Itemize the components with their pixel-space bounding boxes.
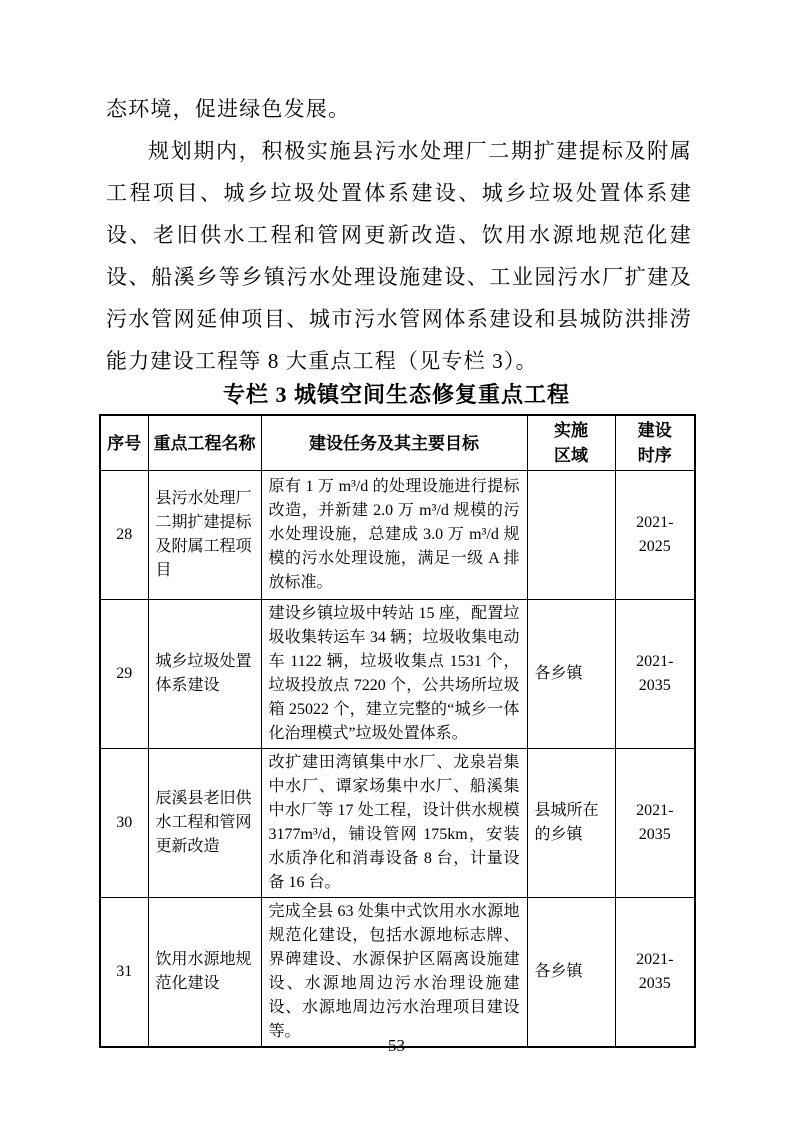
cell-serial: 31	[100, 898, 148, 1048]
cell-task: 完成全县 63 处集中式饮用水水源地规范化建设，包括水源地标志牌、界碑建设、水源…	[261, 898, 527, 1048]
cell-serial: 29	[100, 600, 148, 749]
cell-region	[527, 471, 615, 600]
document-page: 态环境，促进绿色发展。 规划期内，积极实施县污水处理厂二期扩建提标及附属工程项目…	[0, 0, 793, 1122]
table-row: 30 辰溪县老旧供水工程和管网更新改造 改扩建田湾镇集中水厂、龙泉岩集中水厂、谭…	[100, 749, 695, 898]
cell-serial: 28	[100, 471, 148, 600]
column-header-region: 实施区域	[527, 415, 615, 471]
cell-project-name: 城乡垃圾处置体系建设	[148, 600, 261, 749]
table-row: 28 县污水处理厂二期扩建提标及附属工程项目 原有 1 万 m³/d 的处理设施…	[100, 471, 695, 600]
cell-period: 2021-2035	[615, 749, 695, 898]
cell-period: 2021-2035	[615, 898, 695, 1048]
key-projects-table: 序号 重点工程名称 建设任务及其主要目标 实施区域 建设时序 28 县污水处理厂…	[99, 414, 696, 1048]
table-row: 31 饮用水源地规范化建设 完成全县 63 处集中式饮用水水源地规范化建设，包括…	[100, 898, 695, 1048]
cell-region: 各乡镇	[527, 898, 615, 1048]
paragraph-plan-period: 规划期内，积极实施县污水处理厂二期扩建提标及附属工程项目、城乡垃圾处置体系建设、…	[106, 130, 692, 382]
table-title: 专栏 3 城镇空间生态修复重点工程	[99, 379, 694, 411]
column-header-region-label: 实施区域	[551, 418, 590, 468]
column-header-task-label: 建设任务及其主要目标	[309, 434, 479, 453]
cell-serial: 30	[100, 749, 148, 898]
page-number: 53	[0, 1036, 793, 1056]
cell-task: 改扩建田湾镇集中水厂、龙泉岩集中水厂、谭家场集中水厂、船溪集中水厂等 17 处工…	[261, 749, 527, 898]
column-header-serial: 序号	[100, 415, 148, 471]
cell-project-name: 饮用水源地规范化建设	[148, 898, 261, 1048]
column-header-period: 建设时序	[615, 415, 695, 471]
cell-project-name: 县污水处理厂二期扩建提标及附属工程项目	[148, 471, 261, 600]
column-header-task: 建设任务及其主要目标	[261, 415, 527, 471]
cell-project-name: 辰溪县老旧供水工程和管网更新改造	[148, 749, 261, 898]
table-header-row: 序号 重点工程名称 建设任务及其主要目标 实施区域 建设时序	[100, 415, 695, 471]
cell-task: 原有 1 万 m³/d 的处理设施进行提标改造，并新建 2.0 万 m³/d 规…	[261, 471, 527, 600]
column-header-project-name: 重点工程名称	[148, 415, 261, 471]
cell-region: 各乡镇	[527, 600, 615, 749]
cell-period: 2021-2025	[615, 471, 695, 600]
column-header-project-name-label: 重点工程名称	[154, 434, 256, 453]
cell-task: 建设乡镇垃圾中转站 15 座，配置垃圾收集转运车 34 辆；垃圾收集电动车 11…	[261, 600, 527, 749]
paragraph-continuation: 态环境，促进绿色发展。	[106, 88, 692, 130]
cell-period: 2021-2035	[615, 600, 695, 749]
column-header-serial-label: 序号	[107, 434, 141, 453]
table-row: 29 城乡垃圾处置体系建设 建设乡镇垃圾中转站 15 座，配置垃圾收集转运车 3…	[100, 600, 695, 749]
body-text-block: 态环境，促进绿色发展。 规划期内，积极实施县污水处理厂二期扩建提标及附属工程项目…	[106, 88, 692, 382]
cell-region: 县城所在的乡镇	[527, 749, 615, 898]
column-header-period-label: 建设时序	[635, 418, 674, 468]
